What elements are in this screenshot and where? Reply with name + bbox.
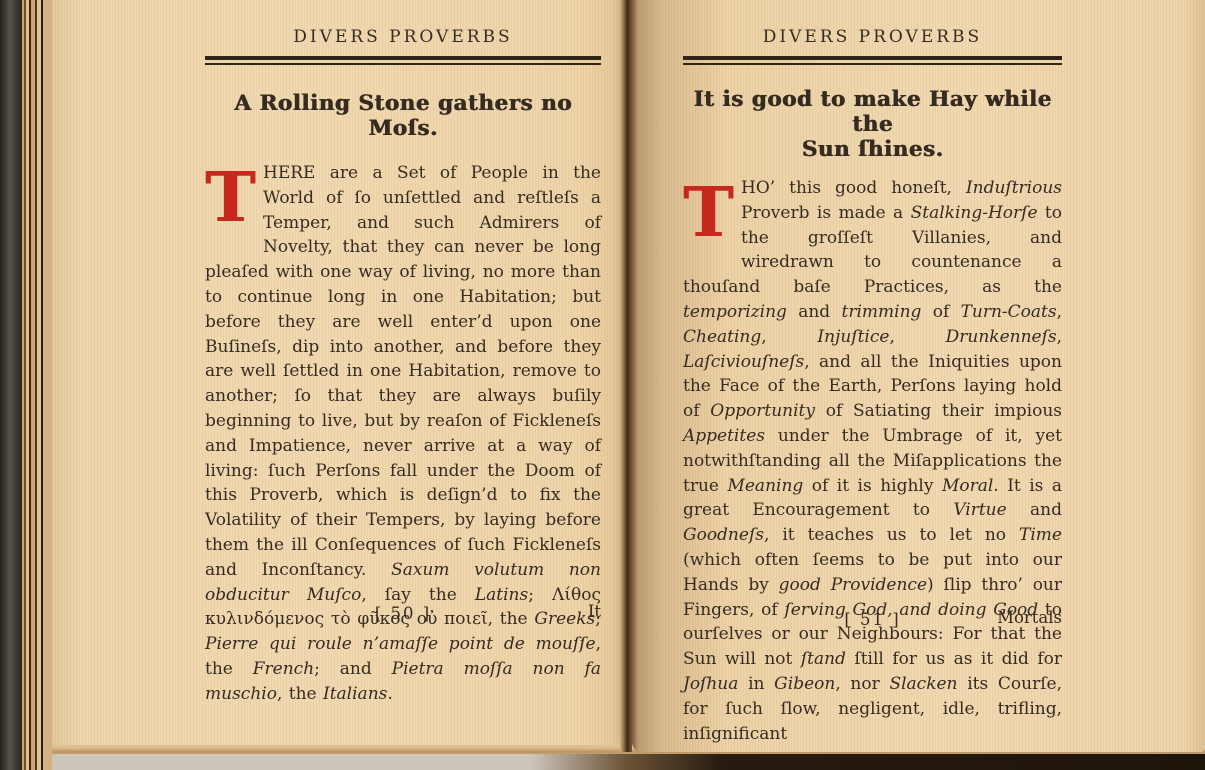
right-proverb-title: It is good to make Hay while the Sun ſhi… (683, 87, 1062, 162)
right-page-footer: [ 51 ] Mortals (683, 610, 1062, 629)
right-body-paragraph: HO’ this good honeſt, Induſtrious Prover… (683, 178, 1062, 744)
left-page-footer: [ 50 ] It (205, 604, 601, 623)
left-drop-cap: T (205, 166, 255, 238)
right-catchword: Mortals (997, 608, 1062, 627)
left-body-text: THERE are a Set of People in the World o… (205, 161, 601, 707)
left-page-number: [ 50 ] (205, 604, 601, 623)
left-running-head: DIVERS PROVERBS (205, 26, 601, 48)
right-page-content: DIVERS PROVERBS It is good to make Hay w… (683, 26, 1062, 746)
right-body-text: THO’ this good honeſt, Induſtrious Prove… (683, 176, 1062, 746)
right-drop-cap: T (683, 181, 733, 253)
scan-background-strip (0, 754, 1205, 770)
page-edge-lines (22, 0, 52, 770)
left-catchword: It (588, 602, 601, 621)
right-running-head: DIVERS PROVERBS (683, 26, 1062, 48)
right-head-rule (683, 56, 1062, 65)
right-title-line2: Sun ſhines. (683, 137, 1062, 162)
gutter-shadow (620, 0, 632, 752)
left-head-rule (205, 56, 601, 65)
book-cover-edge (0, 0, 22, 770)
right-title-line1: It is good to make Hay while the (683, 87, 1062, 137)
open-book-scan: DIVERS PROVERBS A Rolling Stone gathers … (0, 0, 1205, 770)
left-proverb-title: A Rolling Stone gathers no Moſs. (205, 91, 601, 141)
